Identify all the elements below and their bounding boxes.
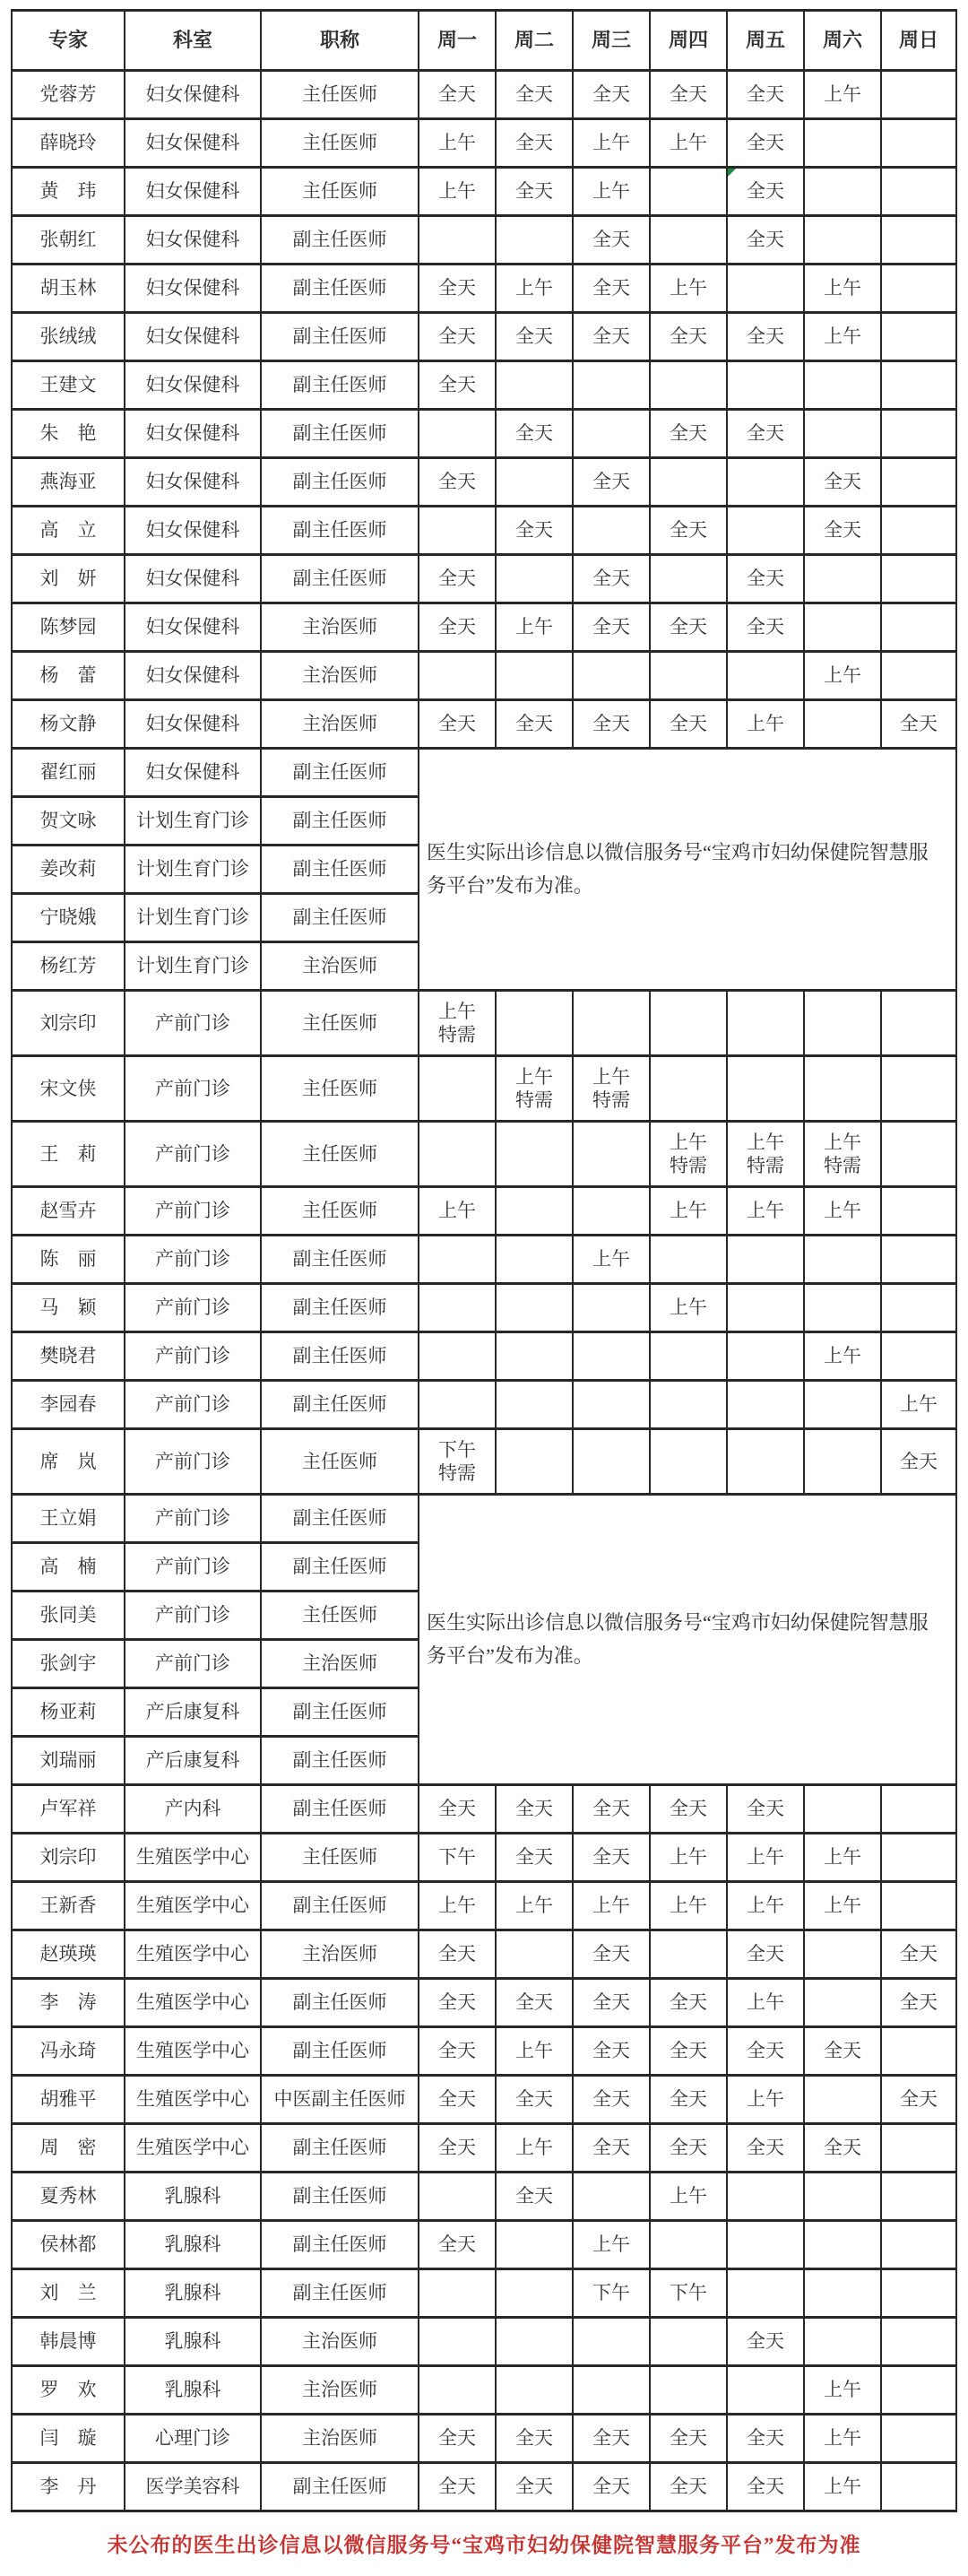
schedule-cell: 上午 <box>573 119 650 168</box>
job-title-cell: 主治医师 <box>261 700 419 749</box>
doctor-name-cell: 杨 蕾 <box>12 652 125 700</box>
header-cell: 周二 <box>496 11 573 71</box>
schedule-cell: 全天 <box>419 2076 496 2124</box>
department-cell: 妇女保健科 <box>125 555 261 603</box>
table-row: 张朝红妇女保健科副主任医师全天全天 <box>12 216 956 265</box>
doctor-name-cell: 陈梦园 <box>12 603 125 652</box>
header-cell: 周五 <box>727 11 804 71</box>
schedule-cell: 全天 <box>650 410 727 458</box>
doctor-name-cell: 陈 丽 <box>12 1236 125 1284</box>
table-row: 李园春产前门诊副主任医师上午 <box>12 1381 956 1429</box>
table-row: 刘 兰乳腺科副主任医师下午下午 <box>12 2269 956 2318</box>
department-cell: 产前门诊 <box>125 1332 261 1381</box>
schedule-cell: 全天 <box>650 603 727 652</box>
job-title-cell: 副主任医师 <box>261 894 419 942</box>
table-row: 翟红丽妇女保健科副主任医师医生实际出诊信息以微信服务号“宝鸡市妇幼保健院智慧服务… <box>12 749 956 797</box>
header-cell: 职称 <box>261 11 419 71</box>
doctor-name-cell: 卢军祥 <box>12 1785 125 1834</box>
doctor-name-cell: 周 密 <box>12 2124 125 2173</box>
department-cell: 医学美容科 <box>125 2463 261 2511</box>
table-row: 韩晨博乳腺科主治医师全天 <box>12 2318 956 2366</box>
schedule-cell <box>881 1332 956 1381</box>
schedule-cell: 全天 <box>419 1785 496 1834</box>
header-cell: 周三 <box>573 11 650 71</box>
header-cell: 周六 <box>804 11 881 71</box>
schedule-cell: 上午 <box>650 2173 727 2221</box>
schedule-cell <box>881 1056 956 1122</box>
department-cell: 产前门诊 <box>125 1592 261 1640</box>
schedule-cell <box>881 507 956 555</box>
schedule-cell: 全天 <box>419 2463 496 2511</box>
department-cell: 乳腺科 <box>125 2221 261 2269</box>
department-cell: 妇女保健科 <box>125 216 261 265</box>
job-title-cell: 副主任医师 <box>261 1495 419 1543</box>
job-title-cell: 副主任医师 <box>261 1688 419 1737</box>
job-title-cell: 副主任医师 <box>261 458 419 507</box>
doctor-name-cell: 韩晨博 <box>12 2318 125 2366</box>
department-cell: 产前门诊 <box>125 1284 261 1332</box>
schedule-cell <box>804 1381 881 1429</box>
schedule-cell <box>496 1122 573 1187</box>
schedule-cell: 上午 <box>573 1882 650 1930</box>
job-title-cell: 主治医师 <box>261 652 419 700</box>
schedule-cell: 全天 <box>573 2463 650 2511</box>
doctor-name-cell: 杨文静 <box>12 700 125 749</box>
header-cell: 周一 <box>419 11 496 71</box>
department-cell: 产后康复科 <box>125 1737 261 1785</box>
schedule-cell <box>881 216 956 265</box>
schedule-cell: 上午 <box>727 1882 804 1930</box>
schedule-cell: 下午 <box>573 2269 650 2318</box>
job-title-cell: 副主任医师 <box>261 1737 419 1785</box>
schedule-cell <box>804 1056 881 1122</box>
schedule-cell <box>650 361 727 410</box>
schedule-cell <box>881 1834 956 1882</box>
schedule-cell: 上午 <box>496 2124 573 2173</box>
table-row: 冯永琦生殖医学中心副主任医师全天上午全天全天全天全天 <box>12 2027 956 2076</box>
schedule-cell: 全天 <box>804 507 881 555</box>
job-title-cell: 副主任医师 <box>261 749 419 797</box>
job-title-cell: 主治医师 <box>261 2415 419 2463</box>
schedule-cell <box>650 1930 727 1979</box>
job-title-cell: 副主任医师 <box>261 1543 419 1592</box>
schedule-cell <box>881 1122 956 1187</box>
schedule-cell <box>496 2366 573 2415</box>
schedule-cell: 全天 <box>881 1429 956 1495</box>
department-cell: 妇女保健科 <box>125 749 261 797</box>
schedule-cell: 全天 <box>881 1979 956 2027</box>
schedule-cell <box>804 2076 881 2124</box>
job-title-cell: 副主任医师 <box>261 1236 419 1284</box>
doctor-name-cell: 冯永琦 <box>12 2027 125 2076</box>
schedule-cell <box>419 1122 496 1187</box>
department-cell: 乳腺科 <box>125 2366 261 2415</box>
doctor-name-cell: 宋文侠 <box>12 1056 125 1122</box>
table-row: 赵雪卉产前门诊主任医师上午上午上午上午 <box>12 1187 956 1236</box>
department-cell: 妇女保健科 <box>125 410 261 458</box>
doctor-name-cell: 杨红芳 <box>12 942 125 991</box>
job-title-cell: 主治医师 <box>261 2318 419 2366</box>
department-cell: 计划生育门诊 <box>125 846 261 894</box>
schedule-cell <box>573 1284 650 1332</box>
schedule-cell <box>496 458 573 507</box>
schedule-cell: 全天 <box>727 1930 804 1979</box>
schedule-cell <box>419 2269 496 2318</box>
schedule-cell: 全天 <box>804 458 881 507</box>
table-row: 朱 艳妇女保健科副主任医师全天全天全天 <box>12 410 956 458</box>
job-title-cell: 副主任医师 <box>261 361 419 410</box>
schedule-cell: 上午 <box>650 1187 727 1236</box>
schedule-cell: 全天 <box>727 2463 804 2511</box>
job-title-cell: 中医副主任医师 <box>261 2076 419 2124</box>
schedule-cell <box>419 652 496 700</box>
schedule-cell: 上午 <box>573 2221 650 2269</box>
job-title-cell: 副主任医师 <box>261 2027 419 2076</box>
schedule-cell: 全天 <box>573 2124 650 2173</box>
schedule-cell: 上午 <box>727 700 804 749</box>
table-row: 周 密生殖医学中心副主任医师全天上午全天全天全天全天 <box>12 2124 956 2173</box>
schedule-cell <box>419 2318 496 2366</box>
schedule-cell <box>419 216 496 265</box>
schedule-cell: 全天 <box>804 2027 881 2076</box>
department-cell: 产前门诊 <box>125 1236 261 1284</box>
schedule-cell <box>804 2269 881 2318</box>
department-cell: 妇女保健科 <box>125 361 261 410</box>
schedule-cell: 全天 <box>496 700 573 749</box>
schedule-cell <box>496 555 573 603</box>
doctor-name-cell: 王建文 <box>12 361 125 410</box>
schedule-cell <box>496 1332 573 1381</box>
schedule-cell: 全天 <box>727 71 804 119</box>
schedule-cell <box>881 313 956 361</box>
department-cell: 产前门诊 <box>125 1543 261 1592</box>
schedule-cell <box>573 1332 650 1381</box>
department-cell: 心理门诊 <box>125 2415 261 2463</box>
table-row: 燕海亚妇女保健科副主任医师全天全天全天 <box>12 458 956 507</box>
schedule-cell <box>496 216 573 265</box>
schedule-cell <box>804 700 881 749</box>
table-row: 胡玉林妇女保健科副主任医师全天上午全天上午上午 <box>12 265 956 313</box>
schedule-cell <box>804 1979 881 2027</box>
schedule-cell: 上午 特需 <box>496 1056 573 1122</box>
schedule-cell: 全天 <box>573 2076 650 2124</box>
schedule-cell: 上午 特需 <box>419 991 496 1056</box>
job-title-cell: 主任医师 <box>261 119 419 168</box>
schedule-cell: 上午 <box>650 119 727 168</box>
doctor-name-cell: 李 丹 <box>12 2463 125 2511</box>
schedule-cell: 全天 <box>650 507 727 555</box>
doctor-name-cell: 刘宗印 <box>12 1834 125 1882</box>
job-title-cell: 副主任医师 <box>261 265 419 313</box>
job-title-cell: 副主任医师 <box>261 1332 419 1381</box>
schedule-cell <box>881 2463 956 2511</box>
schedule-cell: 上午 <box>419 1882 496 1930</box>
schedule-cell <box>881 555 956 603</box>
schedule-cell <box>727 1056 804 1122</box>
table-row: 薛晓玲妇女保健科主任医师上午全天上午上午全天 <box>12 119 956 168</box>
schedule-cell <box>650 1056 727 1122</box>
schedule-cell: 全天 <box>496 1834 573 1882</box>
schedule-cell <box>881 652 956 700</box>
department-cell: 妇女保健科 <box>125 168 261 216</box>
schedule-cell: 全天 <box>419 2027 496 2076</box>
schedule-cell <box>573 1429 650 1495</box>
schedule-table-container: 专家科室职称周一周二周三周四周五周六周日 党蓉芳妇女保健科主任医师全天全天全天全… <box>11 9 957 2512</box>
doctor-name-cell: 王 莉 <box>12 1122 125 1187</box>
schedule-cell <box>496 361 573 410</box>
job-title-cell: 主任医师 <box>261 1056 419 1122</box>
schedule-cell: 全天 <box>419 1930 496 1979</box>
schedule-cell <box>419 1381 496 1429</box>
schedule-cell: 上午 <box>496 2027 573 2076</box>
schedule-cell <box>804 2318 881 2366</box>
schedule-cell: 全天 <box>496 313 573 361</box>
doctor-name-cell: 高 立 <box>12 507 125 555</box>
schedule-cell <box>650 168 727 216</box>
schedule-cell <box>881 1284 956 1332</box>
job-title-cell: 副主任医师 <box>261 216 419 265</box>
table-row: 高 立妇女保健科副主任医师全天全天全天 <box>12 507 956 555</box>
schedule-cell: 全天 <box>573 313 650 361</box>
schedule-cell <box>881 410 956 458</box>
job-title-cell: 主任医师 <box>261 71 419 119</box>
schedule-cell <box>496 1284 573 1332</box>
schedule-cell <box>881 2366 956 2415</box>
schedule-cell <box>496 1187 573 1236</box>
schedule-cell: 上午 <box>804 2415 881 2463</box>
schedule-cell <box>881 361 956 410</box>
schedule-cell <box>419 507 496 555</box>
doctor-name-cell: 赵瑛瑛 <box>12 1930 125 1979</box>
schedule-cell: 全天 <box>650 2027 727 2076</box>
table-row: 刘 妍妇女保健科副主任医师全天全天全天 <box>12 555 956 603</box>
doctor-name-cell: 夏秀林 <box>12 2173 125 2221</box>
schedule-cell <box>496 652 573 700</box>
schedule-cell: 上午 特需 <box>804 1122 881 1187</box>
schedule-cell: 上午 <box>804 265 881 313</box>
schedule-cell <box>804 168 881 216</box>
schedule-cell <box>804 1284 881 1332</box>
department-cell: 产前门诊 <box>125 991 261 1056</box>
schedule-cell <box>650 991 727 1056</box>
header-cell: 科室 <box>125 11 261 71</box>
schedule-cell <box>650 2221 727 2269</box>
schedule-cell: 上午 <box>496 265 573 313</box>
schedule-cell: 上午 <box>573 1236 650 1284</box>
schedule-cell: 全天 <box>573 265 650 313</box>
job-title-cell: 主任医师 <box>261 1122 419 1187</box>
schedule-cell <box>650 555 727 603</box>
department-cell: 产前门诊 <box>125 1640 261 1688</box>
job-title-cell: 副主任医师 <box>261 313 419 361</box>
schedule-cell <box>573 507 650 555</box>
schedule-cell <box>573 1381 650 1429</box>
department-cell: 乳腺科 <box>125 2269 261 2318</box>
job-title-cell: 副主任医师 <box>261 507 419 555</box>
schedule-cell: 全天 <box>496 1785 573 1834</box>
table-row: 卢军祥产内科副主任医师全天全天全天全天全天 <box>12 1785 956 1834</box>
schedule-cell: 全天 <box>573 1979 650 2027</box>
schedule-cell: 全天 <box>650 313 727 361</box>
schedule-cell: 全天 <box>804 2124 881 2173</box>
schedule-cell: 上午 <box>804 1332 881 1381</box>
schedule-cell: 全天 <box>496 1979 573 2027</box>
department-cell: 乳腺科 <box>125 2173 261 2221</box>
schedule-cell: 上午 <box>496 1882 573 1930</box>
schedule-cell <box>804 119 881 168</box>
table-row: 杨文静妇女保健科主治医师全天全天全天全天上午全天 <box>12 700 956 749</box>
schedule-cell: 上午 特需 <box>573 1056 650 1122</box>
schedule-cell <box>573 1187 650 1236</box>
schedule-cell: 上午 <box>727 1187 804 1236</box>
doctor-name-cell: 马 颖 <box>12 1284 125 1332</box>
department-cell: 产前门诊 <box>125 1056 261 1122</box>
schedule-cell: 全天 <box>496 2463 573 2511</box>
doctor-name-cell: 李园春 <box>12 1381 125 1429</box>
schedule-cell: 上午 <box>881 1381 956 1429</box>
job-title-cell: 副主任医师 <box>261 1785 419 1834</box>
job-title-cell: 主治医师 <box>261 2366 419 2415</box>
schedule-cell <box>804 2221 881 2269</box>
schedule-cell <box>573 652 650 700</box>
schedule-cell <box>881 991 956 1056</box>
schedule-cell <box>727 2366 804 2415</box>
schedule-cell: 上午 <box>727 1979 804 2027</box>
doctor-name-cell: 张绒绒 <box>12 313 125 361</box>
doctor-name-cell: 张剑宇 <box>12 1640 125 1688</box>
schedule-cell: 全天 <box>573 1930 650 1979</box>
schedule-cell <box>881 71 956 119</box>
schedule-cell: 全天 <box>650 1785 727 1834</box>
doctor-name-cell: 高 楠 <box>12 1543 125 1592</box>
schedule-cell <box>573 991 650 1056</box>
schedule-cell <box>419 2173 496 2221</box>
schedule-cell: 全天 <box>496 119 573 168</box>
schedule-cell: 上午 <box>804 1187 881 1236</box>
table-row: 陈梦园妇女保健科主治医师全天上午全天全天全天 <box>12 603 956 652</box>
schedule-cell <box>804 991 881 1056</box>
department-cell: 产前门诊 <box>125 1122 261 1187</box>
schedule-cell: 全天 <box>573 216 650 265</box>
table-row: 黄 玮妇女保健科主任医师上午全天上午全天 <box>12 168 956 216</box>
merged-notice-cell: 医生实际出诊信息以微信服务号“宝鸡市妇幼保健院智慧服务平台”发布为准。 <box>419 749 956 991</box>
schedule-cell <box>881 265 956 313</box>
department-cell: 生殖医学中心 <box>125 2027 261 2076</box>
table-row: 杨 蕾妇女保健科主治医师上午 <box>12 652 956 700</box>
merged-notice-cell: 医生实际出诊信息以微信服务号“宝鸡市妇幼保健院智慧服务平台”发布为准。 <box>419 1495 956 1785</box>
doctor-name-cell: 刘 妍 <box>12 555 125 603</box>
schedule-cell: 全天 <box>496 2415 573 2463</box>
schedule-cell: 上午 <box>804 652 881 700</box>
department-cell: 生殖医学中心 <box>125 1979 261 2027</box>
table-row: 王新香生殖医学中心副主任医师上午上午上午上午上午上午 <box>12 1882 956 1930</box>
schedule-cell <box>650 458 727 507</box>
department-cell: 产内科 <box>125 1785 261 1834</box>
doctor-name-cell: 席 岚 <box>12 1429 125 1495</box>
schedule-cell <box>881 2124 956 2173</box>
footer-note: 未公布的医生出诊信息以微信服务号“宝鸡市妇幼保健院智慧服务平台”发布为准 <box>108 2528 861 2558</box>
schedule-cell <box>496 1930 573 1979</box>
schedule-cell: 全天 <box>573 700 650 749</box>
schedule-cell <box>650 1381 727 1429</box>
schedule-cell: 全天 <box>727 119 804 168</box>
header-cell: 周日 <box>881 11 956 71</box>
schedule-cell: 全天 <box>496 71 573 119</box>
header-cell: 周四 <box>650 11 727 71</box>
schedule-cell: 全天 <box>727 2124 804 2173</box>
schedule-cell: 全天 <box>419 313 496 361</box>
schedule-cell: 上午 <box>650 1284 727 1332</box>
schedule-cell: 全天 <box>727 313 804 361</box>
schedule-cell <box>881 2027 956 2076</box>
schedule-cell <box>804 216 881 265</box>
schedule-cell <box>650 1429 727 1495</box>
schedule-cell <box>573 361 650 410</box>
department-cell: 产前门诊 <box>125 1187 261 1236</box>
schedule-cell <box>496 2221 573 2269</box>
department-cell: 产前门诊 <box>125 1429 261 1495</box>
table-row: 樊晓君产前门诊副主任医师上午 <box>12 1332 956 1381</box>
job-title-cell: 主任医师 <box>261 168 419 216</box>
footer: 未公布的医生出诊信息以微信服务号“宝鸡市妇幼保健院智慧服务平台”发布为准 <box>0 2511 968 2576</box>
schedule-cell <box>727 458 804 507</box>
job-title-cell: 副主任医师 <box>261 2173 419 2221</box>
schedule-cell <box>727 2269 804 2318</box>
schedule-cell: 上午 <box>496 603 573 652</box>
schedule-cell <box>881 2415 956 2463</box>
doctor-name-cell: 党蓉芳 <box>12 71 125 119</box>
job-title-cell: 副主任医师 <box>261 1284 419 1332</box>
table-row: 侯林都乳腺科副主任医师全天上午 <box>12 2221 956 2269</box>
department-cell: 计划生育门诊 <box>125 894 261 942</box>
schedule-cell <box>881 168 956 216</box>
schedule-cell <box>419 1332 496 1381</box>
schedule-cell: 全天 <box>650 700 727 749</box>
schedule-cell <box>804 361 881 410</box>
department-cell: 妇女保健科 <box>125 507 261 555</box>
schedule-cell: 全天 <box>419 361 496 410</box>
schedule-cell <box>419 1236 496 1284</box>
doctor-name-cell: 朱 艳 <box>12 410 125 458</box>
table-row: 张绒绒妇女保健科副主任医师全天全天全天全天全天上午 <box>12 313 956 361</box>
job-title-cell: 主治医师 <box>261 1930 419 1979</box>
schedule-cell: 全天 <box>419 603 496 652</box>
doctor-name-cell: 翟红丽 <box>12 749 125 797</box>
job-title-cell: 主任医师 <box>261 1187 419 1236</box>
department-cell: 计划生育门诊 <box>125 942 261 991</box>
department-cell: 产后康复科 <box>125 1688 261 1737</box>
schedule-cell <box>727 1332 804 1381</box>
table-row: 王立娟产前门诊副主任医师医生实际出诊信息以微信服务号“宝鸡市妇幼保健院智慧服务平… <box>12 1495 956 1543</box>
schedule-cell: 全天 <box>650 1979 727 2027</box>
schedule-cell <box>496 1236 573 1284</box>
table-row: 刘宗印生殖医学中心主任医师下午全天全天上午上午上午 <box>12 1834 956 1882</box>
schedule-cell: 全天 <box>419 2124 496 2173</box>
schedule-cell: 全天 <box>419 71 496 119</box>
schedule-cell: 全天 <box>573 71 650 119</box>
job-title-cell: 副主任医师 <box>261 555 419 603</box>
schedule-cell: 全天 <box>573 603 650 652</box>
table-row: 王建文妇女保健科副主任医师全天 <box>12 361 956 410</box>
schedule-cell <box>727 265 804 313</box>
schedule-cell <box>881 1785 956 1834</box>
doctor-schedule-table: 专家科室职称周一周二周三周四周五周六周日 党蓉芳妇女保健科主任医师全天全天全天全… <box>11 9 957 2512</box>
department-cell: 乳腺科 <box>125 2318 261 2366</box>
table-row: 席 岚产前门诊主任医师下午 特需全天 <box>12 1429 956 1495</box>
schedule-cell <box>496 1429 573 1495</box>
doctor-name-cell: 燕海亚 <box>12 458 125 507</box>
schedule-cell: 上午 <box>804 1834 881 1882</box>
